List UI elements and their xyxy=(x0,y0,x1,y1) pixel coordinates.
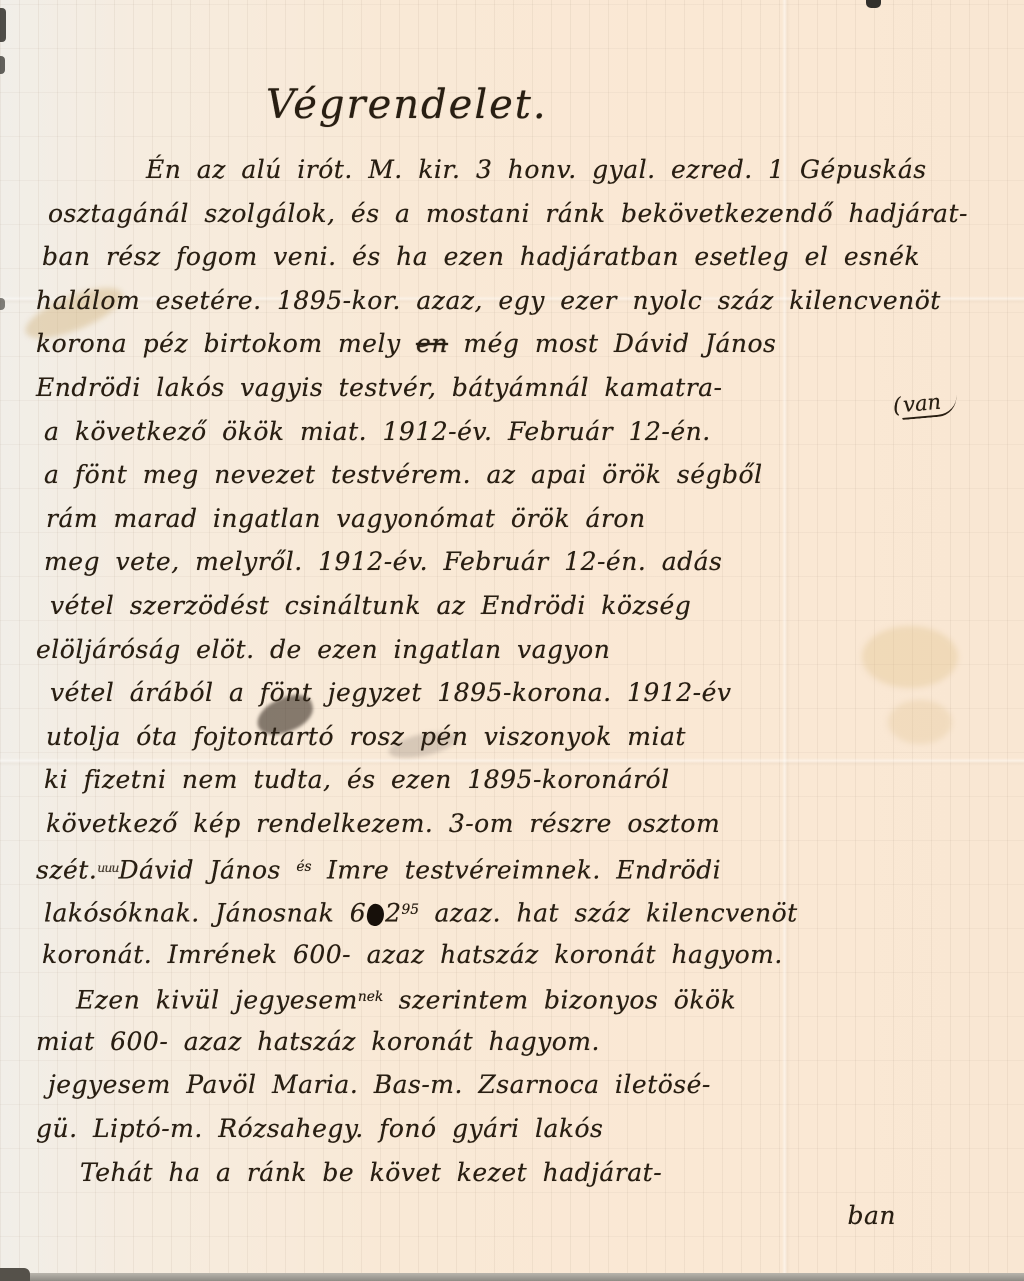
scan-edge-mark xyxy=(0,298,5,310)
text-line: Tehát ha a ránk be követ kezet hadjárat- xyxy=(36,1151,1000,1195)
text-line: meg vete, melyről. 1912-év. Február 12-é… xyxy=(36,540,1000,584)
text-segment: jegyesem Pavöl Maria. Bas-m. Zsarnoca il… xyxy=(48,1070,711,1099)
text-line: gü. Liptó-m. Rózsahegy. fonó gyári lakós xyxy=(36,1107,1000,1151)
text-segment: koronát. Imrének 600- azaz hatszáz koron… xyxy=(42,940,783,969)
text-line: halálom esetére. 1895-kor. azaz, egy eze… xyxy=(36,279,1000,323)
scan-edge-mark xyxy=(0,8,6,42)
text-line: következő kép rendelkezem. 3-om részre o… xyxy=(36,802,1000,846)
text-line: vétel árából a fönt jegyzet 1895-korona.… xyxy=(36,671,1000,715)
text-segment: ki fizetni nem tudta, és ezen 1895-koron… xyxy=(44,765,670,794)
text-line: lakósóknak. Jánosnak 6295 azaz. hat száz… xyxy=(36,889,1000,933)
text-line: ban xyxy=(36,1194,1000,1238)
text-segment: vétel árából a fönt jegyzet 1895-korona.… xyxy=(50,678,732,707)
letter-page: Végrendelet. Én az alú irót. M. kir. 3 h… xyxy=(0,0,1024,1281)
scan-bottom-edge xyxy=(0,1273,1024,1281)
text-segment: a fönt meg nevezet testvérem. az apai ör… xyxy=(44,460,763,489)
text-segment: még most Dávid János xyxy=(448,329,776,358)
text-segment: Ezen kivül jegyesem xyxy=(76,986,358,1015)
text-line: Én az alú irót. M. kir. 3 honv. gyal. ez… xyxy=(36,148,1000,192)
text-lines: Én az alú irót. M. kir. 3 honv. gyal. ez… xyxy=(36,148,1000,1238)
text-segment: a következő ökök miat. 1912-év. Február … xyxy=(44,417,711,446)
text-segment: utolja óta fojtontartó rosz pén viszonyo… xyxy=(46,722,686,751)
text-segment: vétel szerzödést csináltunk az Endrödi k… xyxy=(50,591,691,620)
text-segment: miat 600- azaz hatszáz koronát hagyom. xyxy=(36,1027,600,1056)
scan-edge-mark xyxy=(866,0,881,8)
text-line: ki fizetni nem tudta, és ezen 1895-koron… xyxy=(36,758,1000,802)
text-segment: rám marad ingatlan vagyonómat örök áron xyxy=(46,504,646,533)
text-segment: szerintem bizonyos ökök xyxy=(383,986,736,1015)
text-segment: 95 xyxy=(402,902,420,918)
text-line: ban rész fogom veni. és ha ezen hadjárat… xyxy=(36,235,1000,279)
margin-note-text: van xyxy=(900,388,958,420)
text-segment: Dávid János xyxy=(118,855,296,884)
text-segment: következő kép rendelkezem. 3-om részre o… xyxy=(46,809,720,838)
text-segment: Tehát ha a ránk be követ kezet hadjárat- xyxy=(80,1158,662,1187)
ink-blot xyxy=(365,902,387,927)
text-segment: uuu xyxy=(97,860,118,875)
text-line: Endrödi lakós vagyis testvér, bátyámnál … xyxy=(36,366,1000,410)
text-line: szét.uuuDávid János és Imre testvéreimne… xyxy=(36,846,1000,890)
text-line: elöljáróság elöt. de ezen ingatlan vagyo… xyxy=(36,628,1000,672)
text-segment: ban rész fogom veni. és ha ezen hadjárat… xyxy=(42,242,920,271)
text-segment: Endrödi lakós vagyis testvér, bátyámnál … xyxy=(36,373,723,402)
text-line: korona péz birtokom mely en még most Dáv… xyxy=(36,322,1000,366)
scan-corner-mark xyxy=(0,1268,30,1281)
text-segment: Én az alú irót. M. kir. 3 honv. gyal. ez… xyxy=(146,155,927,184)
text-line: vétel szerzödést csináltunk az Endrödi k… xyxy=(36,584,1000,628)
text-segment: halálom esetére. 1895-kor. azaz, egy eze… xyxy=(36,286,941,315)
text-line: rám marad ingatlan vagyonómat örök áron xyxy=(36,497,1000,541)
text-segment: en xyxy=(416,329,448,358)
text-segment: Imre testvéreimnek. Endrödi xyxy=(312,855,722,884)
text-segment: ban xyxy=(847,1201,896,1230)
text-segment: lakósóknak. Jánosnak 6 xyxy=(44,899,366,928)
document-title: Végrendelet. xyxy=(266,82,548,128)
text-line: a következő ökök miat. 1912-év. Február … xyxy=(36,410,1000,454)
text-line: koronát. Imrének 600- azaz hatszáz koron… xyxy=(36,933,1000,977)
text-segment: osztagánál szolgálok, és a mostani ránk … xyxy=(48,199,968,228)
text-segment: korona péz birtokom mely xyxy=(36,329,416,358)
text-line: Ezen kivül jegyesemnek szerintem bizonyo… xyxy=(36,976,1000,1020)
text-segment: azaz. hat száz kilencvenöt xyxy=(419,899,798,928)
text-segment: meg vete, melyről. 1912-év. Február 12-é… xyxy=(44,547,722,576)
text-line: jegyesem Pavöl Maria. Bas-m. Zsarnoca il… xyxy=(36,1063,1000,1107)
text-line: miat 600- azaz hatszáz koronát hagyom. xyxy=(36,1020,1000,1064)
text-segment: elöljáróság elöt. de ezen ingatlan vagyo… xyxy=(36,635,610,664)
margin-insertion-note: (van xyxy=(892,388,958,420)
text-segment: és xyxy=(296,859,311,875)
scan-edge-mark xyxy=(0,56,5,74)
text-segment: nek xyxy=(358,989,383,1005)
text-segment: szét. xyxy=(36,855,97,884)
text-segment: 2 xyxy=(385,899,401,928)
text-line: a fönt meg nevezet testvérem. az apai ör… xyxy=(36,453,1000,497)
text-line: osztagánál szolgálok, és a mostani ránk … xyxy=(36,192,1000,236)
text-line: utolja óta fojtontartó rosz pén viszonyo… xyxy=(36,715,1000,759)
text-segment: gü. Liptó-m. Rózsahegy. fonó gyári lakós xyxy=(36,1114,603,1143)
